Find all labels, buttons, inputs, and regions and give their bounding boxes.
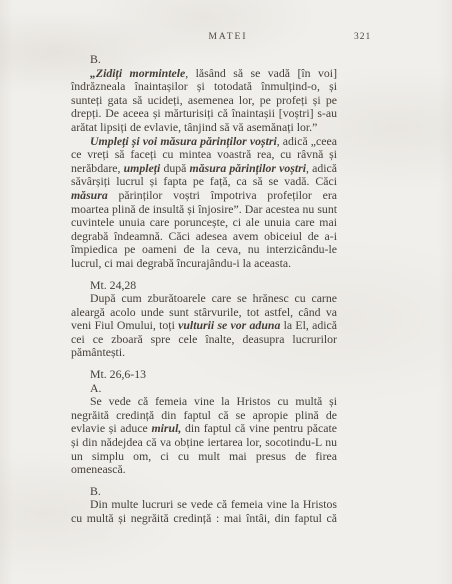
section-gap xyxy=(71,477,337,485)
text-column: B.„Zidiți mormintele, lăsând să se vadă … xyxy=(71,53,337,526)
emphasized-text: umpleți xyxy=(124,161,161,175)
paragraph: „Zidiți mormintele, lăsând să se vadă [î… xyxy=(71,67,337,135)
paragraph: După cum zburătoarele care se hrănesc cu… xyxy=(71,292,337,360)
section-label: Mt. 26,6-13 xyxy=(71,368,337,382)
section-label: B. xyxy=(71,53,337,67)
body-text: după xyxy=(160,161,189,175)
book-page: MATEI 321 B.„Zidiți mormintele, lăsând s… xyxy=(0,0,452,584)
body-text: Din multe lucruri se vede că femeia vine… xyxy=(71,497,337,525)
section-label: A. xyxy=(71,382,337,396)
paragraph: Din multe lucruri se vede că femeia vine… xyxy=(71,498,337,525)
emphasized-text: vulturii se vor aduna xyxy=(178,318,280,332)
emphasized-text: măsura xyxy=(71,188,108,202)
emphasized-text: Umpleți și voi măsura părinților voștri xyxy=(90,134,277,148)
section-label: Mt. 24,28 xyxy=(71,279,337,293)
paragraph: Se vede că femeia vine la Hristos cu mul… xyxy=(71,395,337,477)
section-label: B. xyxy=(71,485,337,499)
body-text: părinților voștri împotriva profeților e… xyxy=(71,188,337,270)
emphasized-text: mirul, xyxy=(151,421,181,435)
page-number: 321 xyxy=(354,32,371,42)
page-header-title: MATEI xyxy=(208,32,247,42)
running-head: MATEI 321 xyxy=(0,32,452,46)
paragraph: Umpleți și voi măsura părinților voștri,… xyxy=(71,135,337,271)
emphasized-text: măsura părinților voștri xyxy=(190,161,306,175)
emphasized-text: „Zidiți mormintele xyxy=(90,66,185,80)
